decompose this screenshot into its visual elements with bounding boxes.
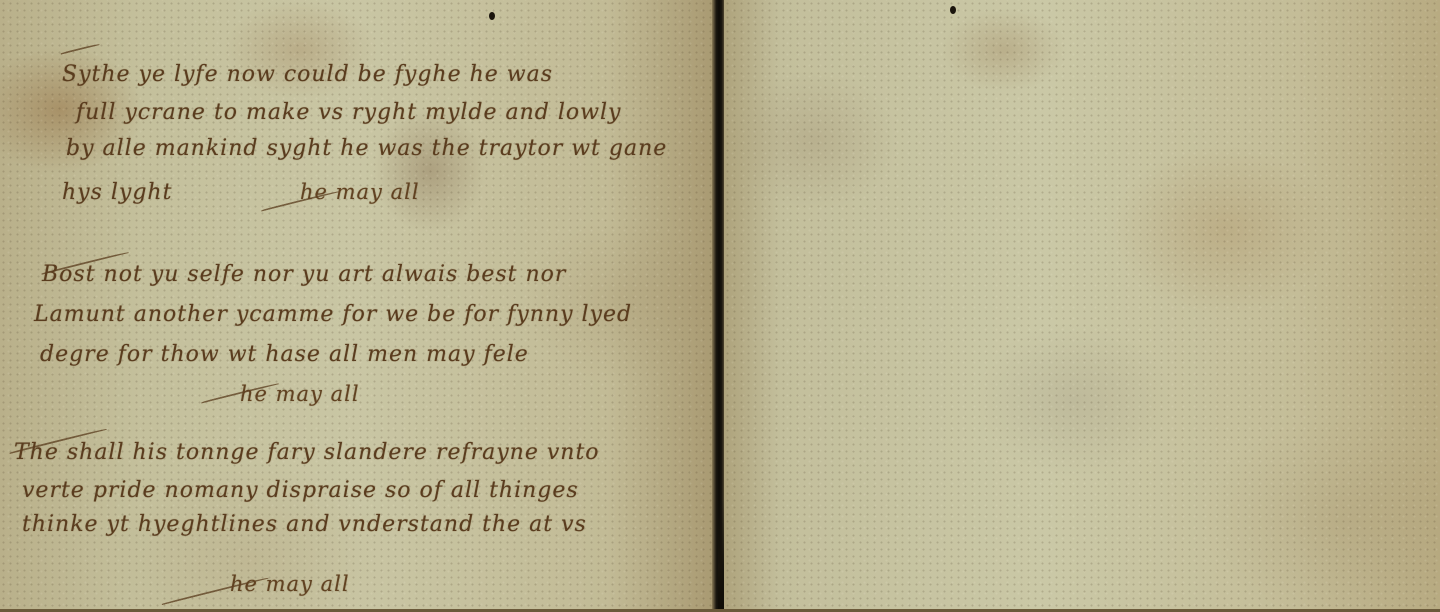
stanza-2-refrain: he may all	[240, 382, 360, 406]
handwritten-text: Sythe ye lyfe now could be fyghe he was …	[0, 0, 714, 612]
stanza-3-refrain: he may all	[230, 572, 350, 596]
capital-flourish	[60, 43, 99, 55]
stanza-1-line-3: by alle mankind syght he was the traytor…	[66, 136, 667, 161]
right-page-blank	[724, 0, 1440, 612]
stanza-2-line-3: degre for thow wt hase all men may fele	[40, 342, 529, 367]
stanza-1-line-4: hys lyght	[62, 180, 172, 205]
stanza-2-line-2: Lamunt another ycamme for we be for fynn…	[34, 302, 632, 327]
stanza-2-line-1: Bost not yu selfe nor yu art alwais best…	[42, 262, 566, 287]
stanza-1-refrain: he may all	[300, 180, 420, 204]
paper-texture	[724, 0, 1440, 612]
stanza-3-line-1: The shall his tonnge fary slandere refra…	[14, 440, 600, 465]
stanza-1-line-2: full ycrane to make vs ryght mylde and l…	[76, 100, 621, 125]
manuscript-spread: Sythe ye lyfe now could be fyghe he was …	[0, 0, 1440, 612]
stanza-1-line-1: Sythe ye lyfe now could be fyghe he was	[62, 62, 553, 87]
left-page: Sythe ye lyfe now could be fyghe he was …	[0, 0, 714, 612]
stanza-3-line-3: thinke yt hyeghtlines and vnderstand the…	[22, 512, 587, 537]
stanza-3-line-2: verte pride nomany dispraise so of all t…	[22, 478, 579, 503]
wormhole-mark	[950, 6, 956, 14]
